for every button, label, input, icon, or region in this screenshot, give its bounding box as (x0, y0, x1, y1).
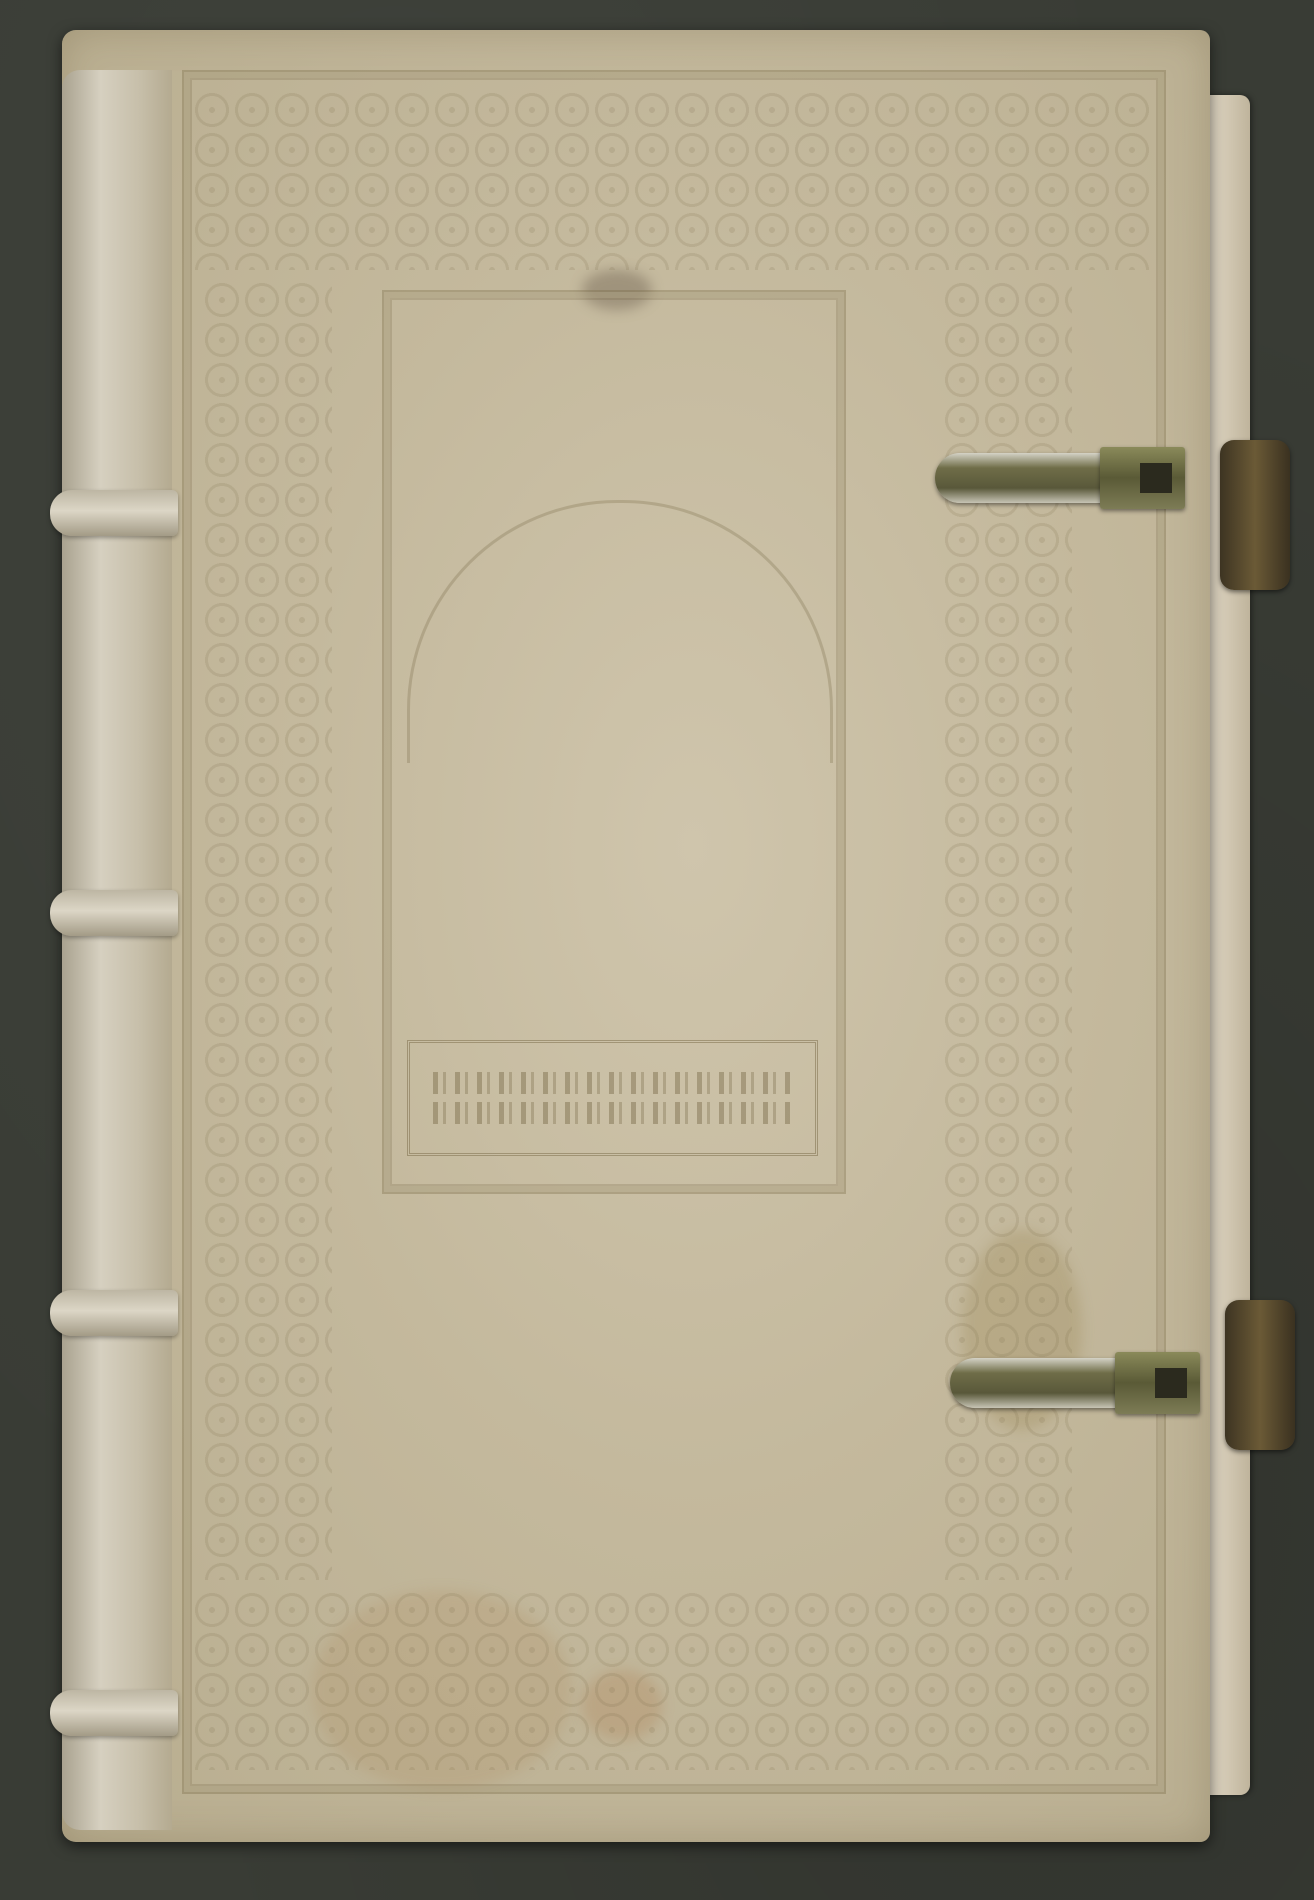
clasp-catch-lower (1225, 1300, 1295, 1450)
raised-band (50, 890, 178, 936)
clasp-slot (1140, 463, 1172, 493)
decorative-roll-border (192, 1590, 1152, 1770)
clasp-catch-upper (1220, 440, 1290, 590)
tooled-inscription-panel (407, 1040, 818, 1156)
decorative-roll-border (192, 90, 1152, 270)
book-spine (62, 70, 172, 1830)
decorative-roll-border (202, 280, 332, 1580)
brass-clasp-upper (935, 447, 1185, 509)
brass-clasp-lower (950, 1352, 1200, 1414)
clasp-plate (935, 453, 1105, 503)
clasp-slot (1155, 1368, 1187, 1398)
inscription-line (433, 1072, 793, 1094)
clasp-plate (950, 1358, 1120, 1408)
raised-band (50, 1690, 178, 1736)
raised-band (50, 490, 178, 536)
raised-band (50, 1290, 178, 1336)
inscription-line (433, 1102, 793, 1124)
book-front-board (62, 30, 1210, 1842)
